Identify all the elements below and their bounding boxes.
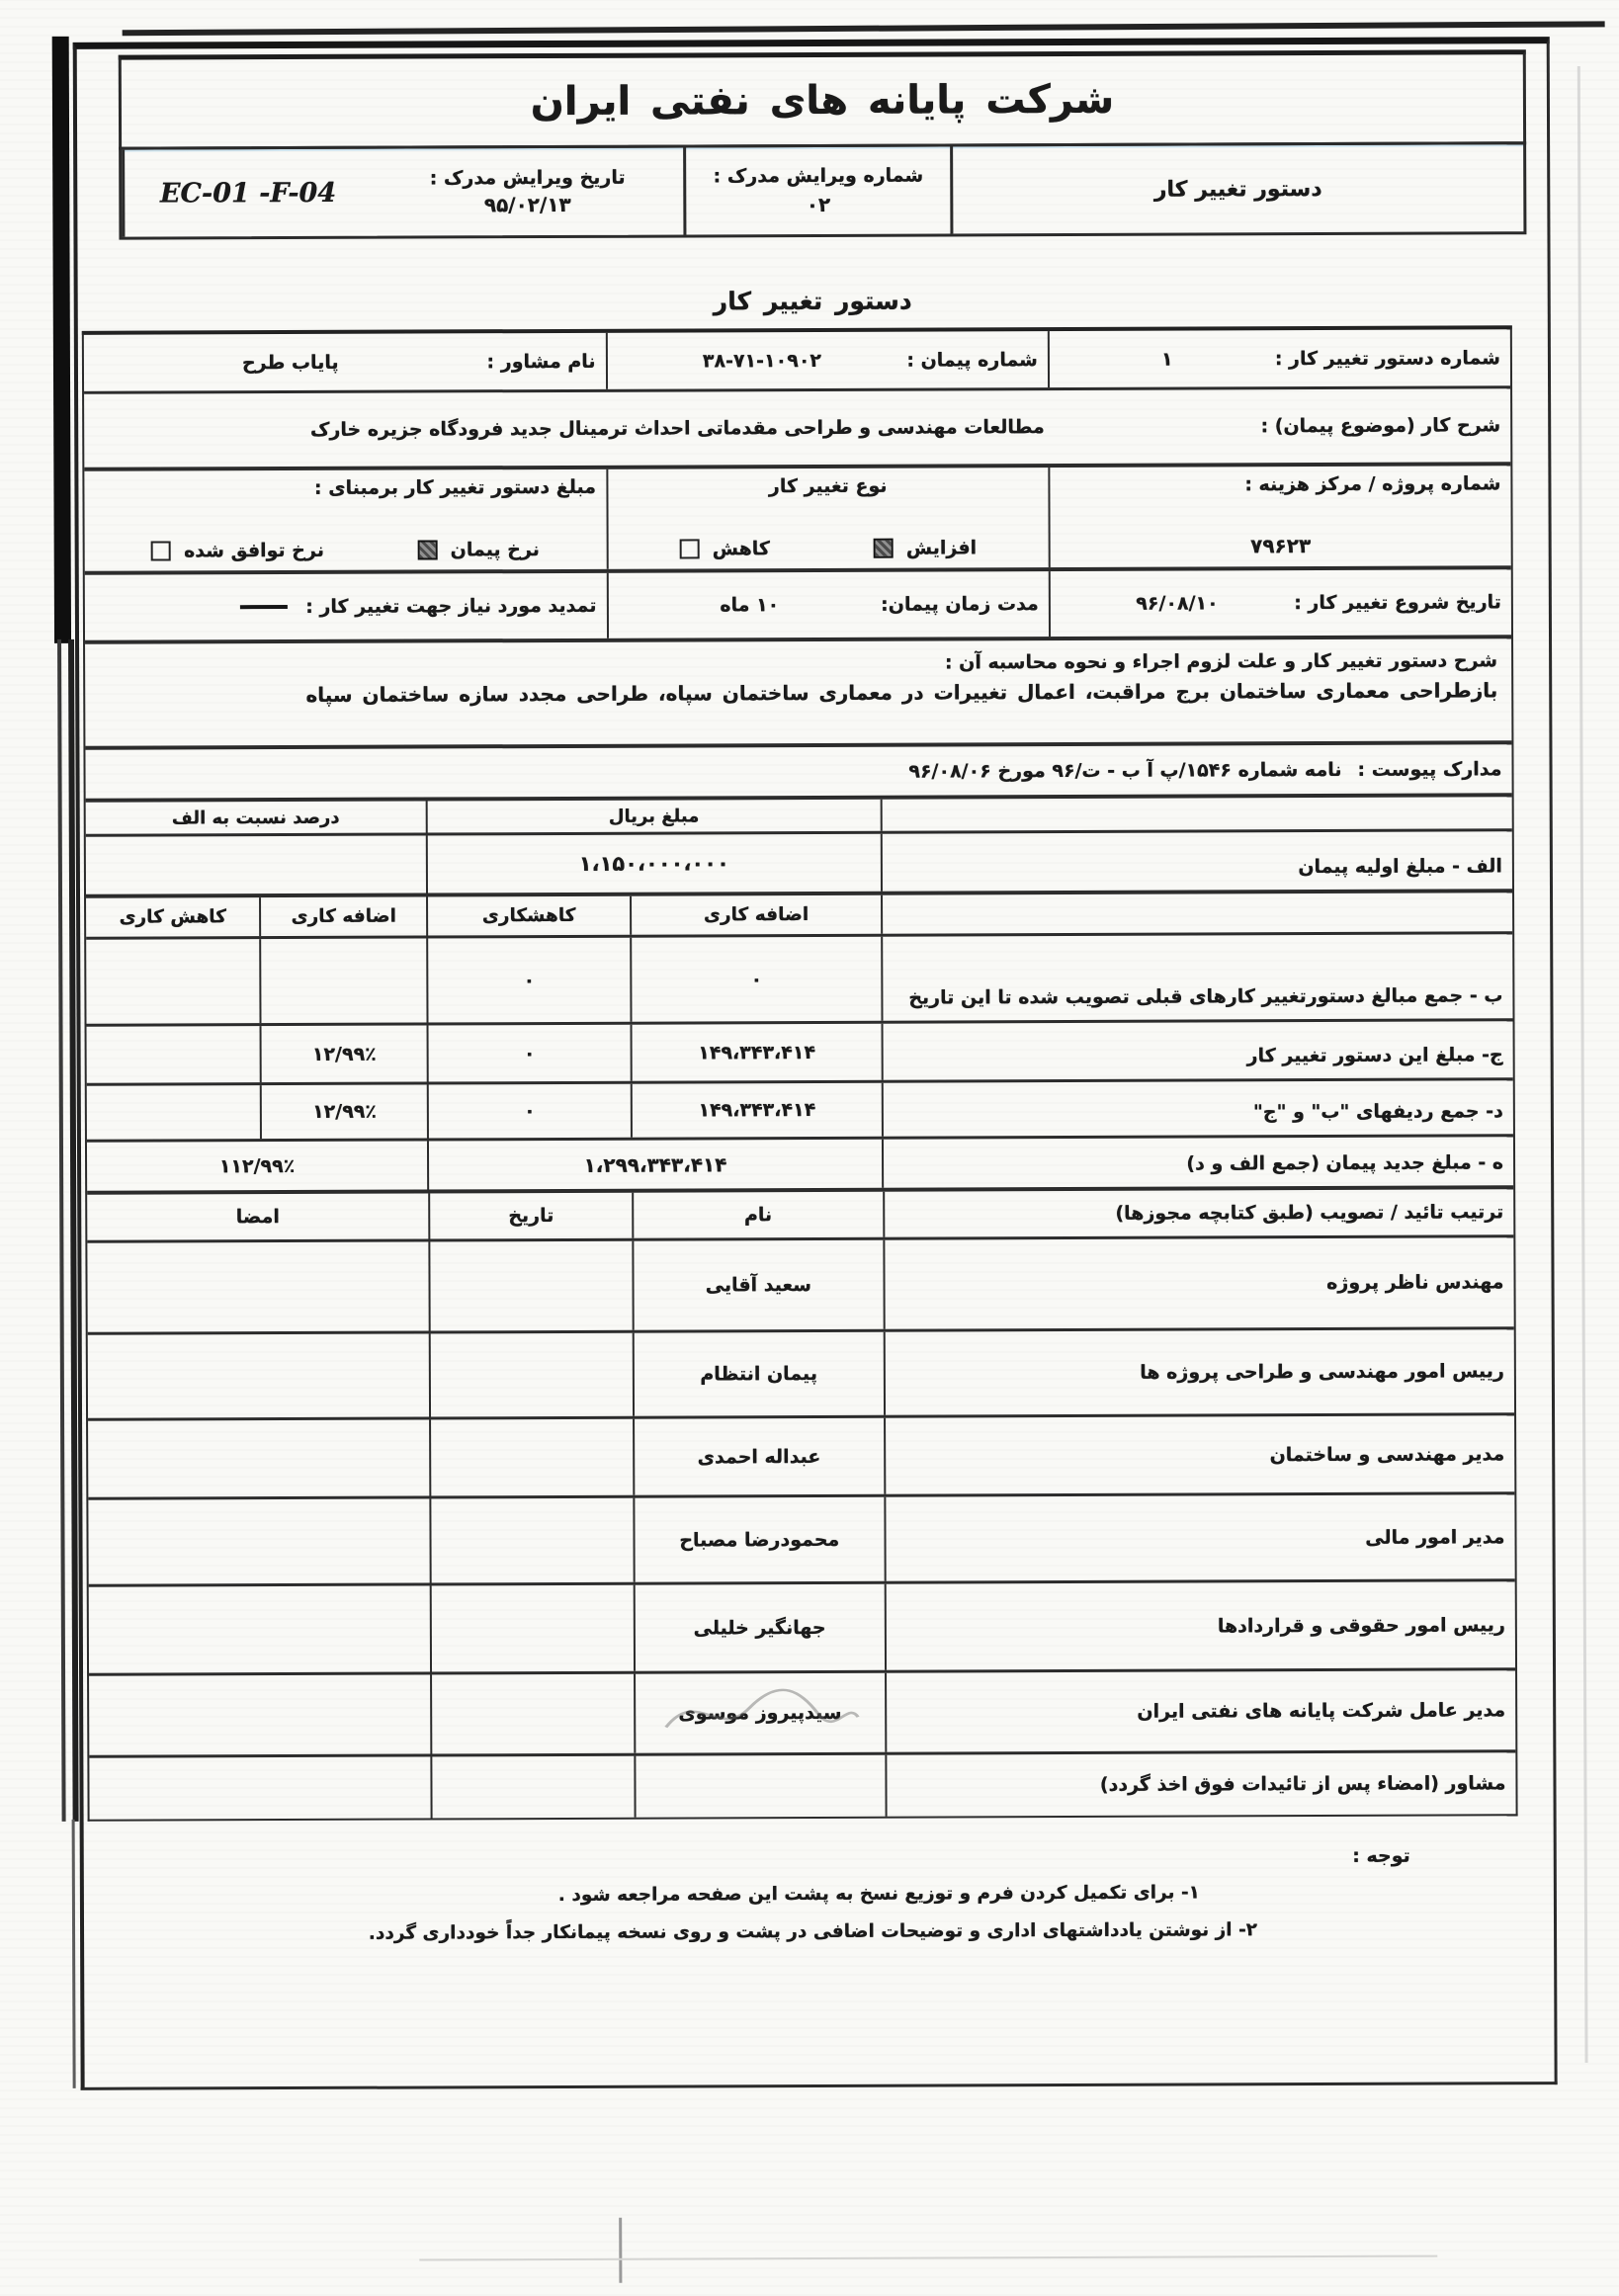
approval-row: مدیر عامل شرکت پایانه های نفتی ایران سید… bbox=[89, 1667, 1515, 1755]
form-code-cell: EC-01 -F-04 bbox=[122, 149, 372, 237]
scan-right-edge-shadow bbox=[1577, 66, 1588, 2063]
work-description-label: شرح کار (موضوع پیمان) : bbox=[1261, 414, 1501, 437]
approval-row: رییس امور مهندسی و طراحی پروژه ها پیمان … bbox=[88, 1326, 1514, 1418]
doc-revision-date-label: تاریخ ویرایش مدرک : bbox=[430, 167, 626, 190]
row-b-reduction-percent bbox=[86, 939, 262, 1024]
decrease-checkbox-empty-icon bbox=[680, 539, 700, 558]
contract-duration-cell: مدت زمان پیمان: ۱۰ ماه bbox=[608, 571, 1051, 638]
change-type-label: نوع تغییر کار bbox=[618, 474, 1038, 498]
scan-bottom-artifact bbox=[619, 2218, 622, 2283]
approval-date bbox=[430, 1241, 634, 1331]
approval-signature bbox=[88, 1419, 431, 1496]
form-outer-border: شرکت پایانه های نفتی ایران دستور تغییر ک… bbox=[73, 37, 1558, 2090]
doc-revision-date-value: ۹۵/۰۲/۱۳ bbox=[484, 193, 571, 216]
approval-date bbox=[431, 1498, 635, 1583]
approval-role: مدیر عامل شرکت پایانه های نفتی ایران bbox=[887, 1670, 1516, 1751]
approval-name: جهانگیر خلیلی bbox=[636, 1584, 887, 1671]
row-a-percent-cell bbox=[86, 835, 428, 893]
contract-number-value: ۳۸-۷۱-۱۰۹۰۲ bbox=[617, 349, 906, 372]
company-title: شرکت پایانه های نفتی ایران bbox=[531, 77, 1115, 125]
financial-subheader-row: اضافه کاری کاهشکاری اضافه کاری کاهش کاری bbox=[86, 889, 1512, 937]
approval-date bbox=[432, 1756, 636, 1819]
doc-revision-number-cell: شماره ویرایش مدرک : ۰۲ bbox=[687, 146, 954, 234]
approvals-date-header: تاریخ bbox=[430, 1193, 634, 1239]
approvals-name-header: نام bbox=[634, 1192, 885, 1238]
row-d-reduction-percent bbox=[87, 1085, 263, 1140]
row-d-extra-percent: ۱۲/۹۹٪ bbox=[262, 1084, 429, 1139]
doc-revision-date-cell: تاریخ ویرایش مدرک : ۹۵/۰۲/۱۳ bbox=[372, 147, 687, 235]
work-description-cell: شرح کار (موضوع پیمان) : مطالعات مهندسی و… bbox=[84, 388, 1510, 468]
scan-bottom-noise bbox=[419, 2255, 1437, 2261]
row-work-description: شرح کار (موضوع پیمان) : مطالعات مهندسی و… bbox=[84, 385, 1510, 468]
approval-name: عبداله احمدی bbox=[635, 1418, 886, 1495]
row-dates: تاریخ شروع تغییر کار : ۹۶/۰۸/۱۰ مدت زمان… bbox=[85, 565, 1511, 640]
approval-date bbox=[431, 1333, 635, 1417]
scanned-change-order-page: شرکت پایانه های نفتی ایران دستور تغییر ک… bbox=[0, 0, 1619, 2296]
row-b-label: ب - جمع مبالغ دستورتغییر کارهای قبلی تصو… bbox=[883, 934, 1512, 1020]
row-project-type-basis: شماره پروژه / مرکز هزینه : ۷۹۶۲۳ نوع تغی… bbox=[84, 462, 1510, 571]
approval-name: سعید آقایی bbox=[634, 1240, 885, 1330]
financial-header-row: مبلغ بریال درصد نسبت به الف bbox=[86, 793, 1512, 834]
approval-name-value: سیدپیروز موسوی bbox=[678, 1702, 841, 1725]
amount-header: مبلغ بریال bbox=[609, 806, 700, 826]
scan-top-smudge bbox=[123, 21, 1605, 36]
approval-signature bbox=[87, 1241, 430, 1331]
start-date-cell: تاریخ شروع تغییر کار : ۹۶/۰۸/۱۰ bbox=[1051, 569, 1511, 637]
financial-row-a: الف - مبلغ اولیه پیمان ۱،۱۵۰،۰۰۰،۰۰۰ bbox=[86, 828, 1512, 894]
change-order-table: شماره دستور تغییر کار : ۱ شماره پیمان : … bbox=[82, 325, 1518, 1822]
contract-rate-option: نرخ پیمان bbox=[418, 539, 540, 560]
project-number-label: شماره پروژه / مرکز هزینه : bbox=[1060, 472, 1500, 496]
row-e-label: ه - مبلغ جدید پیمان (جمع الف و د) bbox=[884, 1137, 1513, 1187]
agreed-rate-option: نرخ توافق شده bbox=[151, 540, 324, 562]
row-c-extra-amount: ۱۴۹،۳۴۳،۴۱۴ bbox=[633, 1024, 884, 1081]
approval-date bbox=[431, 1419, 635, 1496]
row-b-extra-amount-value: ۰ bbox=[751, 969, 763, 990]
col-reduction-amount-header: کاهشکاری bbox=[428, 896, 632, 936]
percent-header: درصد نسبت به الف bbox=[172, 807, 340, 828]
contract-rate-label: نرخ پیمان bbox=[451, 539, 540, 560]
row-e-amount-cell: ۱،۲۹۹،۳۴۳،۴۱۴ bbox=[429, 1140, 884, 1190]
increase-option: افزایش bbox=[874, 537, 977, 558]
doc-type-title: دستور تغییر کار bbox=[1154, 177, 1322, 203]
note-item-2: ۲- از نوشتن یادداشتهای اداری و توضیحات ا… bbox=[84, 1917, 1514, 1948]
approval-row: مدیر امور مالی محمودرضا مصباح bbox=[88, 1491, 1514, 1584]
financial-row-c: ج- مبلغ این دستور تغییر کار ۱۴۹،۳۴۳،۴۱۴ … bbox=[87, 1018, 1513, 1083]
row-b-reduction-amount-value: ۰ bbox=[524, 970, 536, 991]
basis-cell: مبلغ دستور تغییر کار برمبنای : نرخ پیمان… bbox=[84, 469, 608, 571]
increase-label: افزایش bbox=[906, 537, 977, 558]
change-order-number-label: شماره دستور تغییر کار : bbox=[1275, 347, 1500, 370]
scan-left-line-bottom bbox=[72, 1820, 76, 2088]
extension-cell: تمدید مورد نیاز جهت تغییر کار : bbox=[85, 573, 609, 640]
work-description-value: مطالعات مهندسی و طراحی مقدماتی احداث ترم… bbox=[94, 415, 1260, 442]
approvals-header-row: ترتیب تائید / تصویب (طبق کتابچه مجوزها) … bbox=[87, 1185, 1513, 1240]
approval-role: مهندس ناظر پروژه bbox=[885, 1237, 1514, 1328]
approval-signature bbox=[89, 1674, 432, 1754]
form-code: EC-01 -F-04 bbox=[160, 177, 336, 209]
row-d-extra-amount-value: ۱۴۹،۳۴۳،۴۱۴ bbox=[698, 1099, 815, 1121]
financial-row-b: ب - جمع مبالغ دستورتغییر کارهای قبلی تصو… bbox=[86, 931, 1512, 1024]
row-c-extra-percent: ۱۲/۹۹٪ bbox=[262, 1025, 429, 1082]
row-d-reduction-amount-value: ۰ bbox=[524, 1100, 536, 1122]
consultant-cell: نام مشاور : پایاب طرح bbox=[84, 333, 608, 391]
project-number-cell: شماره پروژه / مرکز هزینه : ۷۹۶۲۳ bbox=[1050, 466, 1510, 567]
basis-label: مبلغ دستور تغییر کار برمبنای : bbox=[94, 476, 596, 500]
note-item-1: ۱- برای تکمیل کردن فرم و توزیع نسخ به پش… bbox=[84, 1879, 1514, 1910]
attachments-cell: مدارک پیوست : نامه شماره ۱۵۴۶/پ آ ب - ت/… bbox=[85, 744, 1511, 799]
row-attachments: مدارک پیوست : نامه شماره ۱۵۴۶/پ آ ب - ت/… bbox=[85, 740, 1511, 799]
row-c-extra-percent-value: ۱۲/۹۹٪ bbox=[312, 1043, 377, 1064]
approvals-order-header: ترتیب تائید / تصویب (طبق کتابچه مجوزها) bbox=[885, 1189, 1514, 1236]
row-c-reduction-amount-value: ۰ bbox=[524, 1043, 536, 1064]
contract-number-cell: شماره پیمان : ۳۸-۷۱-۱۰۹۰۲ bbox=[607, 331, 1050, 389]
approval-signature bbox=[88, 1333, 431, 1417]
increase-checkbox-checked-icon bbox=[874, 539, 894, 558]
approval-signature bbox=[89, 1585, 432, 1672]
change-type-cell: نوع تغییر کار افزایش کاهش bbox=[608, 468, 1051, 569]
notes-title: توجه : bbox=[84, 1842, 1514, 1874]
contract-number-label: شماره پیمان : bbox=[906, 349, 1038, 372]
contract-rate-checkbox-checked-icon bbox=[418, 540, 438, 559]
start-date-label: تاریخ شروع تغییر کار : bbox=[1294, 591, 1501, 614]
agreed-rate-label: نرخ توافق شده bbox=[184, 540, 324, 562]
extension-label: تمدید مورد نیاز جهت تغییر کار : bbox=[305, 595, 596, 618]
decrease-option: کاهش bbox=[680, 538, 770, 559]
row-a-amount: ۱،۱۵۰،۰۰۰،۰۰۰ bbox=[579, 851, 729, 876]
approval-row: رییس امور حقوقی و قراردادها جهانگیر خلیل… bbox=[89, 1578, 1515, 1673]
row-e-percent-value: ۱۱۲/۹۹٪ bbox=[219, 1154, 296, 1176]
scan-left-line-outer bbox=[57, 639, 66, 1822]
approval-signature bbox=[89, 1756, 432, 1819]
approval-row: مدیر مهندسی و ساختمان عبداله احمدی bbox=[88, 1412, 1514, 1497]
percent-header-cell: درصد نسبت به الف bbox=[86, 801, 428, 833]
row-b-reduction-amount: ۰ bbox=[428, 938, 632, 1023]
row-d-label: د- جمع ردیفهای "ب" و "ج" bbox=[884, 1080, 1513, 1136]
approval-role: مدیر مهندسی و ساختمان bbox=[886, 1415, 1515, 1493]
form-header-strip: دستور تغییر کار شماره ویرایش مدرک : ۰۲ ت… bbox=[119, 141, 1526, 239]
row-b-extra-amount: ۰ bbox=[632, 937, 883, 1022]
row-d-extra-amount: ۱۴۹،۳۴۳،۴۱۴ bbox=[633, 1083, 884, 1138]
approval-row: مهندس ناظر پروژه سعید آقایی bbox=[87, 1234, 1513, 1332]
consultant-name: پایاب طرح bbox=[94, 351, 487, 375]
approval-role: رییس امور حقوقی و قراردادها bbox=[886, 1581, 1515, 1669]
attachments-value: نامه شماره ۱۵۴۶/پ آ ب - ت/۹۶ مورخ ۹۶/۰۸/… bbox=[908, 758, 1341, 782]
row-change-description: شرح دستور تغییر کار و علت لزوم اجراء و ن… bbox=[85, 635, 1511, 746]
amount-header-cell: مبلغ بریال bbox=[428, 800, 883, 833]
approval-name: محمودرضا مصباح bbox=[635, 1497, 886, 1582]
row-c-label: ج- مبلغ این دستور تغییر کار bbox=[883, 1021, 1512, 1079]
approval-date bbox=[432, 1585, 636, 1672]
row-d-reduction-amount: ۰ bbox=[429, 1084, 633, 1139]
contract-duration-value: ۱۰ ماه bbox=[618, 594, 881, 617]
consultant-label: نام مشاور : bbox=[486, 350, 595, 372]
change-order-number-value: ۱ bbox=[1060, 348, 1275, 371]
row-a-label: الف - مبلغ اولیه پیمان bbox=[883, 831, 1512, 891]
approval-name: پیمان انتظام bbox=[635, 1332, 886, 1416]
financial-row-e: ه - مبلغ جدید پیمان (جمع الف و د) ۱،۲۹۹،… bbox=[87, 1134, 1513, 1191]
approval-date bbox=[432, 1674, 636, 1754]
attachments-label: مدارک پیوست : bbox=[1357, 758, 1501, 781]
doc-revision-number-value: ۰۲ bbox=[807, 193, 831, 216]
row-c-reduction-amount: ۰ bbox=[429, 1025, 633, 1082]
company-title-box: شرکت پایانه های نفتی ایران bbox=[119, 49, 1526, 149]
row-b-extra-percent bbox=[262, 938, 429, 1023]
col-extra-amount-header: اضافه کاری bbox=[632, 895, 883, 935]
change-description-value: بازطراحی معماری ساختمان برج مراقبت، اعما… bbox=[99, 676, 1497, 712]
doc-type-cell: دستور تغییر کار bbox=[953, 144, 1523, 233]
row-e-amount-value: ۱،۲۹۹،۳۴۳،۴۱۴ bbox=[584, 1152, 727, 1177]
approval-name: سیدپیروز موسوی bbox=[636, 1673, 887, 1753]
scan-left-bar bbox=[52, 37, 71, 643]
approval-role: مدیر امور مالی bbox=[886, 1494, 1515, 1580]
doc-revision-number-label: شماره ویرایش مدرک : bbox=[714, 165, 924, 188]
financial-label-header-cell bbox=[882, 797, 1511, 830]
approval-name bbox=[636, 1755, 887, 1818]
col-extra-percent-header: اضافه کاری bbox=[261, 896, 428, 936]
agreed-rate-checkbox-empty-icon bbox=[151, 541, 171, 560]
approval-signature bbox=[88, 1498, 431, 1583]
row-c-reduction-percent bbox=[87, 1026, 263, 1083]
section-title: دستور تغییر کار bbox=[78, 284, 1548, 318]
change-order-number-cell: شماره دستور تغییر کار : ۱ bbox=[1050, 329, 1510, 387]
col-reduction-percent-header: کاهش کاری bbox=[86, 897, 261, 937]
financial-row-d: د- جمع ردیفهای "ب" و "ج" ۱۴۹،۳۴۳،۴۱۴ ۰ ۱… bbox=[87, 1077, 1513, 1140]
approval-row: مشاور (امضاء پس از تائیدات فوق اخذ گردد) bbox=[89, 1749, 1515, 1820]
row-c-extra-amount-value: ۱۴۹،۳۴۳،۴۱۴ bbox=[698, 1041, 815, 1063]
row-d-extra-percent-value: ۱۲/۹۹٪ bbox=[312, 1101, 377, 1123]
footer-notes: توجه : ۱- برای تکمیل کردن فرم و توزیع نس… bbox=[84, 1842, 1514, 1948]
row-e-percent-cell: ۱۱۲/۹۹٪ bbox=[87, 1141, 429, 1190]
approval-role: رییس امور مهندسی و طراحی پروژه ها bbox=[885, 1329, 1514, 1414]
approval-role: مشاور (امضاء پس از تائیدات فوق اخذ گردد) bbox=[887, 1752, 1516, 1816]
row-a-amount-cell: ۱،۱۵۰،۰۰۰،۰۰۰ bbox=[428, 834, 883, 893]
subheader-label-cell bbox=[883, 893, 1512, 933]
row-order-contract-consultant: شماره دستور تغییر کار : ۱ شماره پیمان : … bbox=[84, 329, 1510, 391]
approvals-sign-header: امضا bbox=[87, 1193, 430, 1239]
decrease-label: کاهش bbox=[713, 538, 770, 559]
project-number-value: ۷۹۶۲۳ bbox=[1250, 534, 1311, 557]
start-date-value: ۹۶/۰۸/۱۰ bbox=[1061, 592, 1294, 615]
extension-dash bbox=[240, 605, 288, 609]
contract-duration-label: مدت زمان پیمان: bbox=[881, 593, 1039, 616]
